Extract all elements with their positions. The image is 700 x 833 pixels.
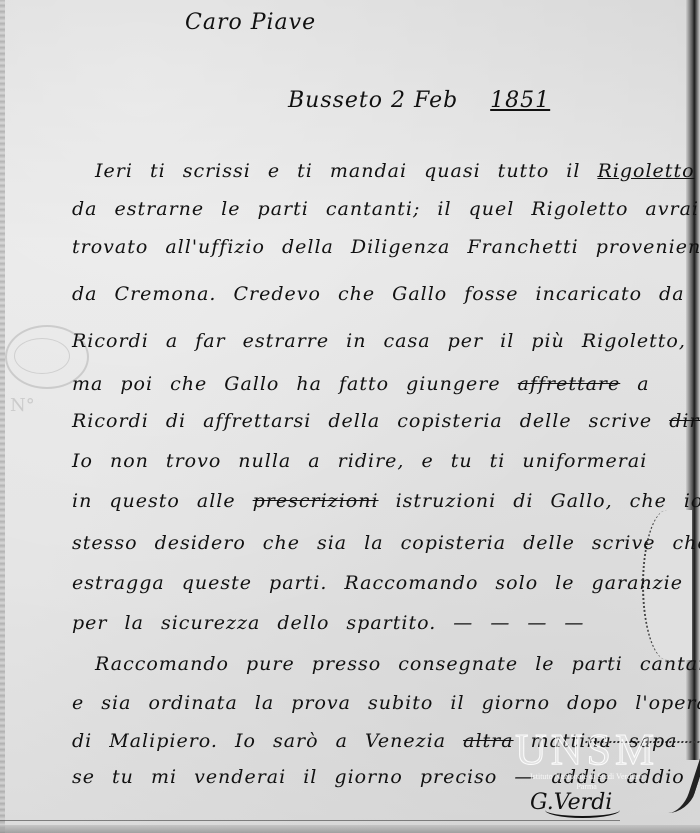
archive-stamp-inner — [14, 338, 70, 374]
dateline: Busseto 2 Feb 1851 — [288, 88, 550, 113]
line-text: Ricordi di affrettarsi della copisteria … — [72, 410, 669, 432]
letter-line-7: Ricordi di affrettarsi della copisteria … — [72, 410, 700, 432]
struck-word: prescrizioni — [253, 490, 379, 512]
dateline-place-date: Busseto 2 Feb — [288, 88, 458, 113]
dateline-year: 1851 — [490, 88, 550, 113]
archive-stamp-mark: N° — [10, 395, 35, 416]
letter-line-2: da estrarne le parti cantanti; il quel R… — [72, 198, 699, 220]
letter-line-8: Io non trovo nulla a ridire, e tu ti uni… — [72, 450, 647, 472]
line-text: a — [620, 373, 649, 395]
underlined-title: Rigoletto — [598, 160, 695, 182]
paper-bottom-edge — [0, 825, 700, 833]
letter-line-4: da Cremona. Credevo che Gallo fosse inca… — [72, 283, 685, 305]
struck-word: affrettare — [518, 373, 621, 395]
letter-line-6: ma poi che Gallo ha fatto giungere affre… — [72, 373, 650, 395]
line-text: mattina sapa — [514, 730, 678, 752]
letter-line-5: Ricordi a far estrarre in casa per il pi… — [72, 330, 686, 352]
line-text: ma poi che Gallo ha fatto giungere — [72, 373, 518, 395]
salutation: Caro Piave — [185, 10, 316, 35]
letter-line-9: in questo alle prescrizioni istruzioni d… — [72, 490, 700, 512]
letter-line-3: trovato all'uffizio della Diligenza Fran… — [72, 236, 700, 258]
signature-flourish — [545, 802, 620, 818]
letter-line-10: stesso desidero che sia la copisteria de… — [72, 532, 700, 554]
struck-word: dire — [669, 410, 700, 432]
letter-line-1: Ieri ti scrissi e ti mandai quasi tutto … — [95, 160, 695, 182]
letter-line-16: se tu mi venderai il giorno preciso — ad… — [72, 766, 685, 788]
letter-line-13: Raccomando pure presso consegnate le par… — [95, 653, 700, 675]
letter-line-14: e sia ordinata la prova subito il giorno… — [72, 692, 700, 714]
letter-page: N° Caro Piave Busseto 2 Feb 1851 Ieri ti… — [0, 0, 700, 833]
paper-fold-line — [0, 820, 620, 821]
line-text: Ieri ti scrissi e ti mandai quasi tutto … — [95, 160, 598, 182]
paper-left-edge — [0, 0, 5, 833]
letter-line-15: di Malipiero. Io sarò a Venezia altra ma… — [72, 730, 677, 752]
struck-word: altra — [463, 730, 513, 752]
letter-line-11: estragga queste parti. Raccomando solo l… — [72, 572, 700, 594]
line-text: di Malipiero. Io sarò a Venezia — [72, 730, 463, 752]
line-text: in questo alle — [72, 490, 253, 512]
letter-line-12: per la sicurezza dello spartito. — — — — — [72, 612, 584, 634]
line-text: istruzioni di Gallo, che io — [379, 490, 700, 512]
